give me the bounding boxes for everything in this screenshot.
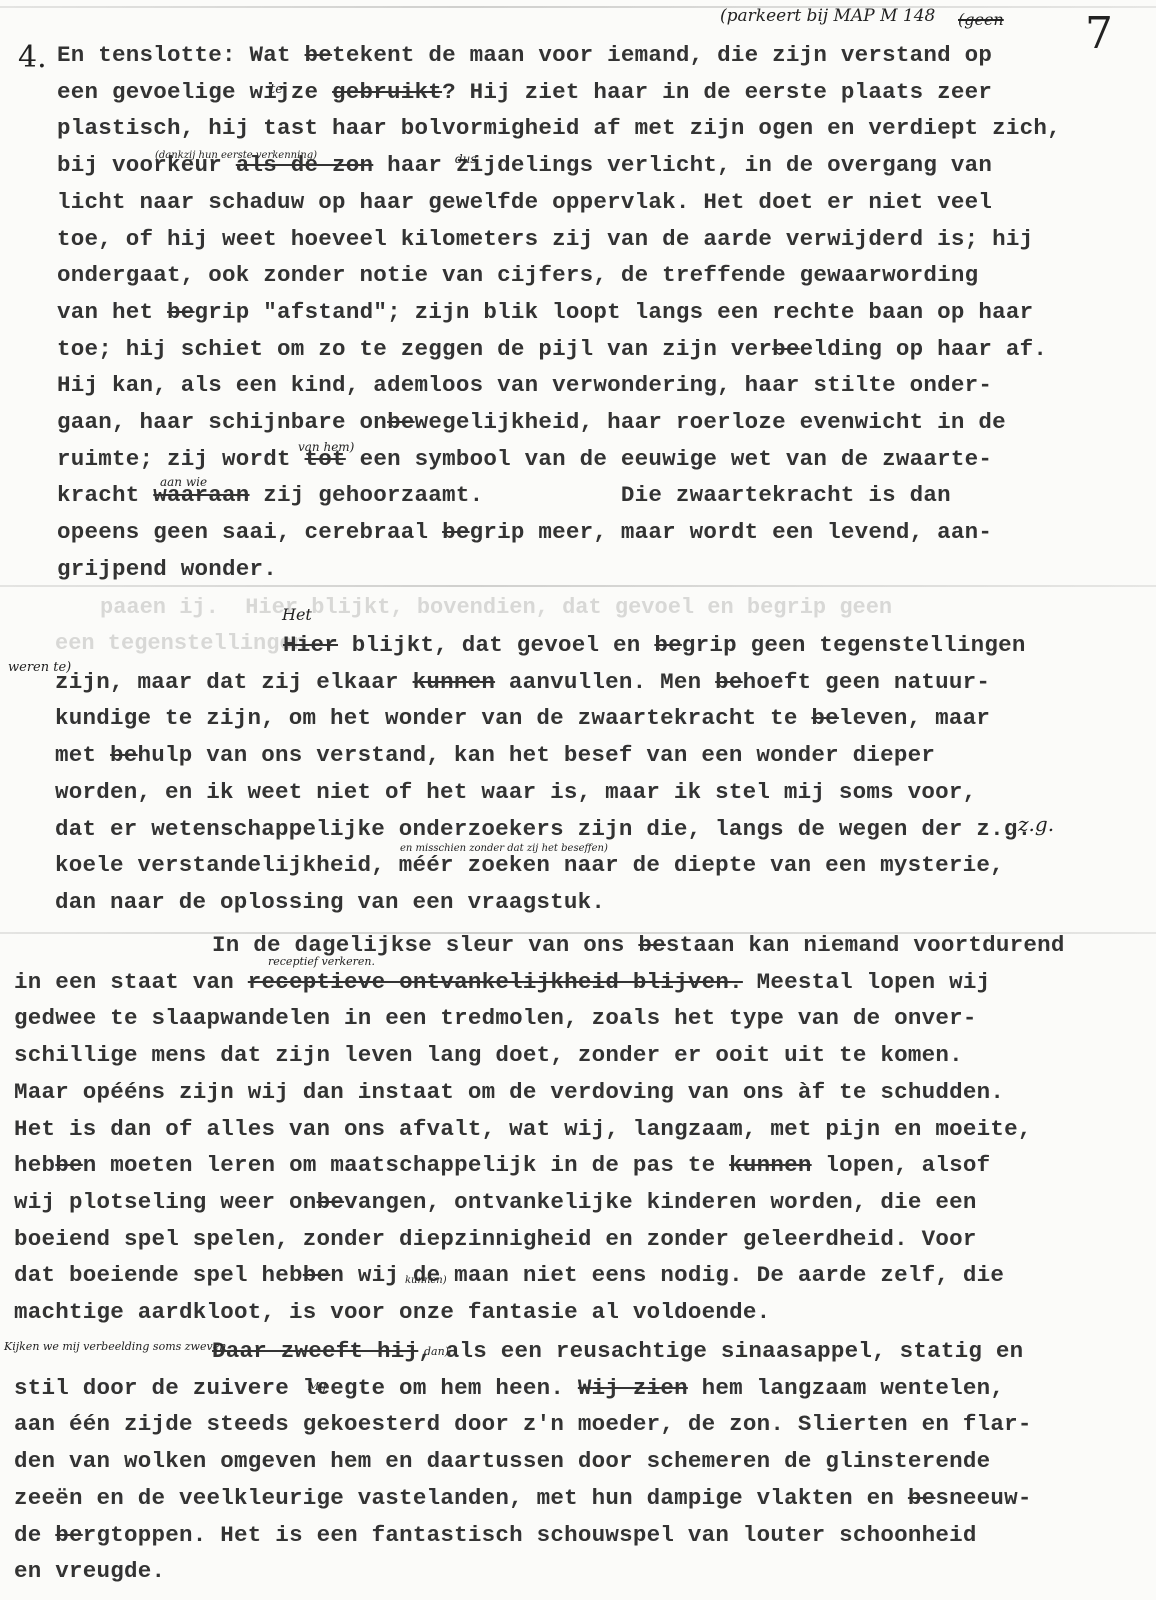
struck-text: Hier [283,632,338,658]
text-line: kundige te zijn, om het wonder van de zw… [55,705,990,731]
annotation: te [270,82,283,97]
struck-text: be [305,42,333,68]
text-line: den van wolken omgeven hem en daartussen… [14,1448,990,1474]
text-line: toe; hij schiet om zo te zeggen de pijl … [57,336,1047,362]
text-line: machtige aardkloot, is voor onze fantasi… [14,1299,770,1325]
text-line: gaan, haar schijnbare onbewegelijkheid, … [57,409,1006,435]
text-line: ruimte; zij wordt tot een symbool van de… [57,446,992,472]
text-line: een gevoelige wijze gebruikt? Hij ziet h… [57,79,992,105]
text-line: dat er wetenschappelijke onderzoekers zi… [55,816,1031,842]
struck-text: be [772,336,800,362]
struck-text: be [55,1152,83,1178]
text-line: de bergtoppen. Het is een fantastisch sc… [14,1522,977,1548]
text-line: plastisch, hij tast haar bolvormigheid a… [57,115,1061,141]
text-line: een tegenstellingen [55,631,306,656]
text-line: Hier blijkt, dat gevoel en begrip geen t… [283,632,1026,658]
struck-text: be [387,409,415,435]
text-line: grijpend wonder. [57,556,277,582]
text-line: ondergaat, ook zonder notie van cijfers,… [57,262,978,288]
struck-text: be [811,705,839,731]
text-line: zeeën en de veelkleurige vastelanden, me… [14,1485,1032,1511]
text-line: gedwee te slaapwandelen in een tredmolen… [14,1005,977,1031]
text-line: in een staat van receptieve ontvankelijk… [14,969,990,995]
struck-text: be [167,299,195,325]
page-edge [0,6,1156,8]
text-line: van het begrip "afstand"; zijn blik loop… [57,299,1033,325]
text-line: dan naar de oplossing van een vraagstuk. [55,889,605,915]
annotation: Mij [308,1380,326,1393]
document-page: 7 (parkeert bij MAP M 148 (geen 4. En te… [0,0,1156,1600]
annotation: aan wie [160,475,207,489]
text-line: aan één zijde steeds gekoesterd door z'n… [14,1411,1032,1437]
annotation: Kijken we mij verbeelding soms zweven [4,1340,226,1353]
text-line: licht naar schaduw op haar gewelfde oppe… [57,189,992,215]
struck-text: be [110,742,138,768]
text-line: zijn, maar dat zij elkaar kunnen aanvull… [55,669,990,695]
page-number: 7 [1085,8,1113,59]
struck-text: kunnen [413,669,496,695]
text-line: worden, en ik weet niet of het waar is, … [55,779,976,805]
struck-text: be [654,632,682,658]
text-line: Hij kan, als een kind, ademloos van verw… [57,372,992,398]
text-line: boeiend spel spelen, zonder diepzinnighe… [14,1226,977,1252]
text-line: paaen ij. Hier blijkt, bovendien, dat ge… [100,595,892,620]
text-line: koele verstandelijkheid, méér zoeken naa… [55,852,1004,878]
text-line: stil door de zuivere leegte om hem heen.… [14,1375,1004,1401]
annotation: receptief verkeren. [268,955,375,968]
top-annotation: (parkeert bij MAP M 148 [720,6,935,26]
text-line: En tenslotte: Wat betekent de maan voor … [57,42,992,68]
struck-text: receptieve ontvankelijkheid blijven. [248,969,743,995]
struck-text: be [908,1485,936,1511]
annotation: dan) [424,1345,449,1358]
text-line: dat boeiende spel hebben wij de maan nie… [14,1262,1004,1288]
struck-text: be [55,1522,83,1548]
struck-text: be [638,932,666,958]
struck-text: be [317,1189,345,1215]
struck-text: kunnen [729,1152,812,1178]
text-line: toe, of hij weet hoeveel kilometers zij … [57,226,1033,252]
text-line: hebben moeten leren om maatschappelijk i… [14,1152,990,1178]
page-fold-line [0,585,1156,587]
annotation: z.g. [1018,812,1054,836]
top-annotation-struck: (geen [958,10,1004,29]
annotation: (dankzij hun eerste verkenning) [155,150,317,161]
struck-text: be [715,669,743,695]
struck-text: be [442,519,470,545]
text-line: Het is dan of alles van ons afvalt, wat … [14,1116,1032,1142]
text-line: wij plotseling weer onbevangen, ontvanke… [14,1189,977,1215]
annotation: van hem) [298,440,354,454]
section-number: 4. [18,40,47,75]
annotation: en misschien zonder dat zij het beseffen… [400,843,608,854]
annotation: dus [455,152,477,166]
struck-text: be [303,1262,331,1288]
text-line: met behulp van ons verstand, kan het bes… [55,742,935,768]
struck-text: Daar zweeft hij [212,1338,418,1364]
annotation: kunnen) [405,1275,447,1286]
text-line: en vreugde. [14,1558,165,1584]
text-line: schillige mens dat zijn leven lang doet,… [14,1042,963,1068]
annotation: weren te) [8,660,71,675]
text-line: opeens geen saai, cerebraal begrip meer,… [57,519,992,545]
text-line: Daar zweeft hij, als een reusachtige sin… [212,1338,1023,1364]
struck-text: gebruikt [332,79,442,105]
text-line: Maar opééns zijn wij dan instaat om de v… [14,1079,1004,1105]
struck-text: Wij zien [578,1375,688,1401]
annotation: Het [282,605,312,624]
